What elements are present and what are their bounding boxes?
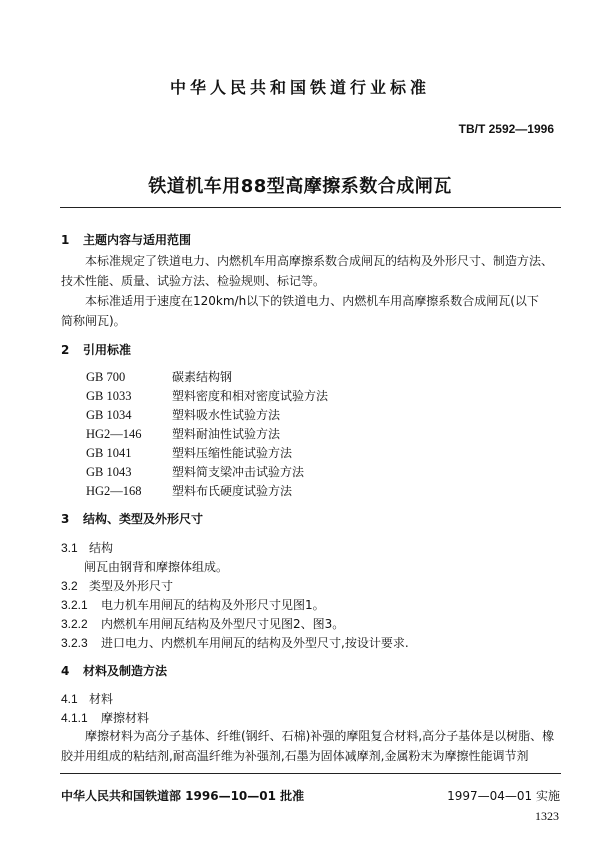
subsection-4-1-heading: 4.1材料 bbox=[61, 691, 113, 707]
paragraph-line: 本标准规定了铁道电力、内燃机车用高摩擦系数合成闸瓦的结构及外形尺寸、制造方法、 bbox=[61, 251, 561, 271]
paragraph-line: 简称闸瓦)。 bbox=[61, 311, 561, 331]
reference-title: 塑料密度和相对密度试验方法 bbox=[172, 389, 328, 403]
reference-title: 碳素结构钢 bbox=[172, 370, 232, 384]
section-number: 2 bbox=[61, 342, 83, 358]
reference-row: GB 1043塑料简支梁冲击试验方法 bbox=[86, 464, 304, 480]
standard-code: TB/T 2592—1996 bbox=[459, 121, 554, 137]
implementation-date: 1997—04—01 实施 bbox=[447, 788, 560, 804]
section-title: 主题内容与适用范围 bbox=[83, 233, 191, 247]
subsection-title: 类型及外形尺寸 bbox=[89, 579, 173, 593]
reference-title: 塑料简支梁冲击试验方法 bbox=[172, 465, 304, 479]
reference-title: 塑料布氏硬度试验方法 bbox=[172, 484, 292, 498]
footer-divider bbox=[60, 773, 561, 774]
paragraph-line: 摩擦材料为高分子基体、纤维(钢纤、石棉)补强的摩阻复合材料,高分子基体是以树脂、… bbox=[61, 726, 561, 746]
subsection-3-2-2: 3.2.2内燃机车用闸瓦结构及外型尺寸见图2、图3。 bbox=[61, 616, 344, 632]
reference-title: 塑料耐油性试验方法 bbox=[172, 427, 280, 441]
reference-row: GB 1034塑料吸水性试验方法 bbox=[86, 407, 280, 423]
reference-row: GB 1033塑料密度和相对密度试验方法 bbox=[86, 388, 328, 404]
reference-code: GB 1043 bbox=[86, 464, 172, 480]
section-1-heading: 1主题内容与适用范围 bbox=[61, 232, 191, 248]
subsection-number: 3.2.2 bbox=[61, 616, 101, 632]
subsection-number: 3.2.1 bbox=[61, 597, 101, 613]
subsection-number: 4.1 bbox=[61, 691, 89, 707]
reference-code: HG2—146 bbox=[86, 426, 172, 442]
section-2-heading: 2引用标准 bbox=[61, 342, 131, 358]
section-title: 材料及制造方法 bbox=[83, 664, 167, 678]
reference-row: HG2—146塑料耐油性试验方法 bbox=[86, 426, 280, 442]
standard-organization: 中华人民共和国铁道行业标准 bbox=[0, 78, 600, 98]
reference-code: GB 1041 bbox=[86, 445, 172, 461]
paragraph-line: 技术性能、质量、试验方法、检验规则、标记等。 bbox=[61, 271, 561, 291]
subsection-number: 3.2.3 bbox=[61, 635, 101, 651]
section-number: 1 bbox=[61, 232, 83, 248]
section-number: 3 bbox=[61, 511, 83, 527]
reference-row: GB 700碳素结构钢 bbox=[86, 369, 232, 385]
subsection-text: 内燃机车用闸瓦结构及外型尺寸见图2、图3。 bbox=[101, 617, 344, 631]
subsection-3-2-heading: 3.2类型及外形尺寸 bbox=[61, 578, 173, 594]
reference-code: GB 1033 bbox=[86, 388, 172, 404]
section-3-heading: 3结构、类型及外形尺寸 bbox=[61, 511, 203, 527]
reference-code: HG2—168 bbox=[86, 483, 172, 499]
approval-statement: 中华人民共和国铁道部 1996—10—01 批准 bbox=[61, 788, 304, 804]
subsection-4-1-1-body: 摩擦材料为高分子基体、纤维(钢纤、石棉)补强的摩阻复合材料,高分子基体是以树脂、… bbox=[61, 726, 561, 766]
subsection-4-1-1-heading: 4.1.1摩擦材料 bbox=[61, 710, 149, 726]
subsection-3-2-1: 3.2.1电力机车用闸瓦的结构及外形尺寸见图1。 bbox=[61, 597, 325, 613]
subsection-text: 电力机车用闸瓦的结构及外形尺寸见图1。 bbox=[101, 598, 325, 612]
reference-title: 塑料吸水性试验方法 bbox=[172, 408, 280, 422]
subsection-title: 摩擦材料 bbox=[101, 711, 149, 725]
reference-code: GB 1034 bbox=[86, 407, 172, 423]
reference-title: 塑料压缩性能试验方法 bbox=[172, 446, 292, 460]
subsection-3-2-3: 3.2.3进口电力、内燃机车用闸瓦的结构及外型尺寸,按设计要求. bbox=[61, 635, 409, 651]
subsection-number: 3.2 bbox=[61, 578, 89, 594]
section-title: 结构、类型及外形尺寸 bbox=[83, 512, 203, 526]
subsection-title: 材料 bbox=[89, 692, 113, 706]
subsection-text: 进口电力、内燃机车用闸瓦的结构及外型尺寸,按设计要求. bbox=[101, 636, 409, 650]
document-title: 铁道机车用88型高摩擦系数合成闸瓦 bbox=[0, 175, 600, 199]
reference-row: HG2—168塑料布氏硬度试验方法 bbox=[86, 483, 292, 499]
subsection-title: 结构 bbox=[89, 541, 113, 555]
section-title: 引用标准 bbox=[83, 343, 131, 357]
section-number: 4 bbox=[61, 663, 83, 679]
reference-code: GB 700 bbox=[86, 369, 172, 385]
subsection-number: 4.1.1 bbox=[61, 710, 101, 726]
subsection-number: 3.1 bbox=[61, 540, 89, 556]
section-1-body: 本标准规定了铁道电力、内燃机车用高摩擦系数合成闸瓦的结构及外形尺寸、制造方法、 … bbox=[61, 251, 561, 331]
paragraph-line: 胶并用组成的粘结剂,耐高温纤维为补强剂,石墨为固体减摩剂,金属粉末为摩擦性能调节… bbox=[61, 746, 561, 766]
section-4-heading: 4材料及制造方法 bbox=[61, 663, 167, 679]
subsection-3-1-heading: 3.1结构 bbox=[61, 540, 113, 556]
title-divider bbox=[60, 207, 561, 208]
subsection-3-1-text: 闸瓦由钢背和摩擦体组成。 bbox=[84, 559, 228, 575]
page-number: 1323 bbox=[535, 808, 559, 824]
reference-row: GB 1041塑料压缩性能试验方法 bbox=[86, 445, 292, 461]
paragraph-line: 本标准适用于速度在120km/h以下的铁道电力、内燃机车用高摩擦系数合成闸瓦(以… bbox=[61, 291, 561, 311]
